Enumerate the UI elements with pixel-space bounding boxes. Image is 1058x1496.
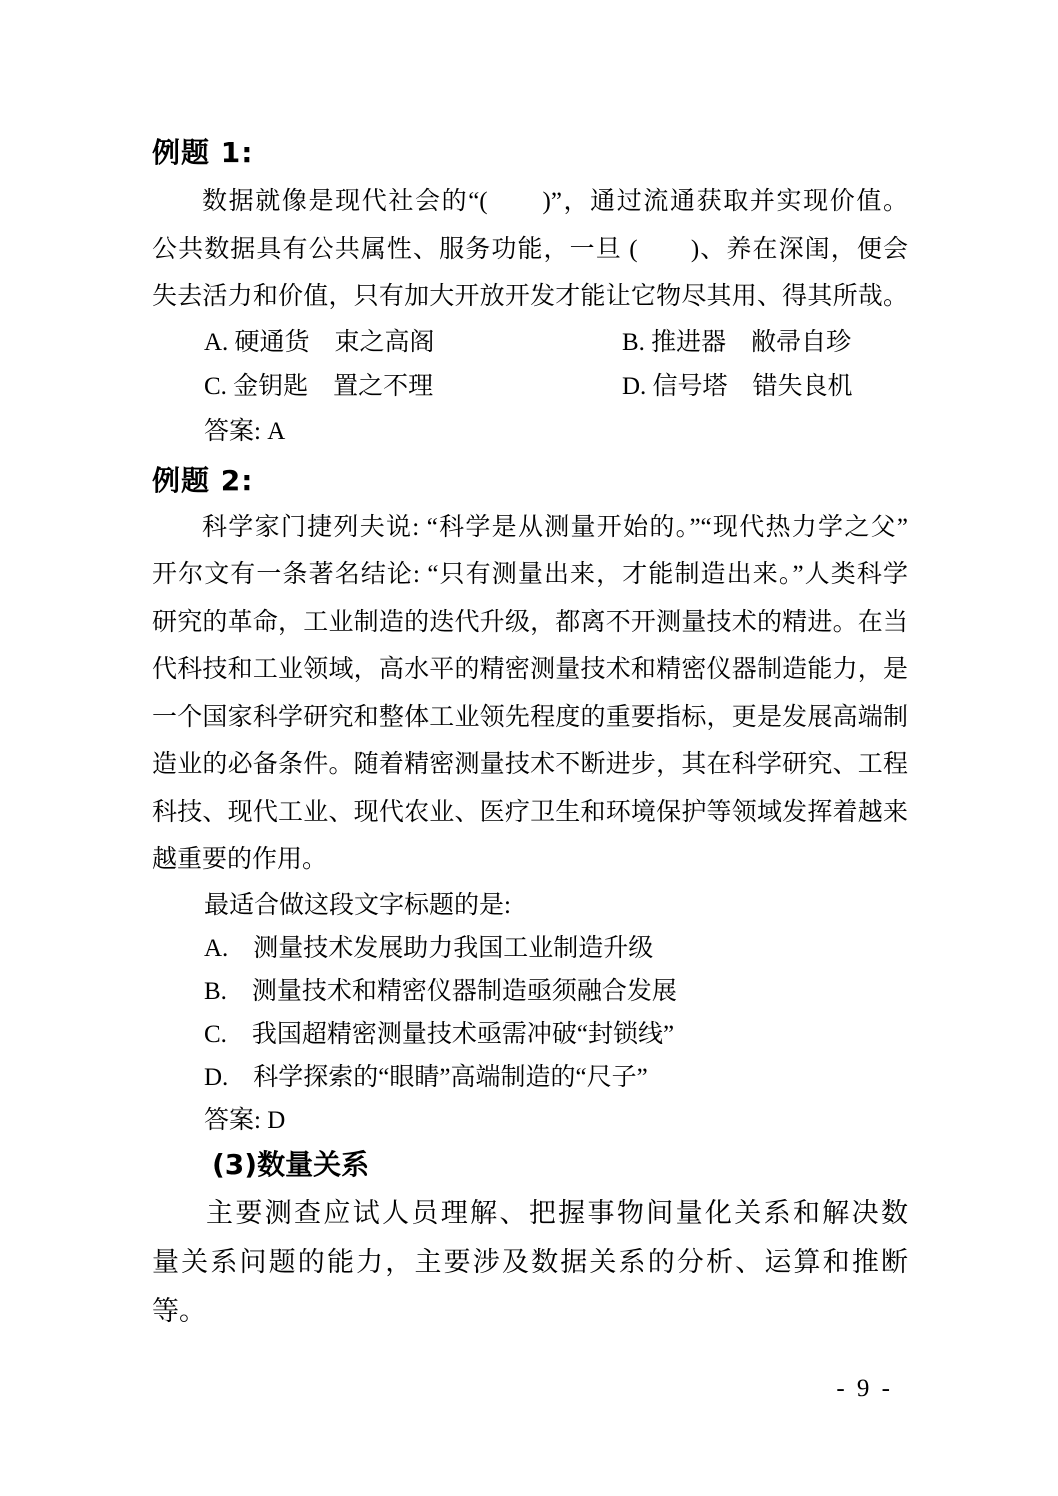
text-line: 主要测查应试人员理解、把握事物间量化关系和解决数 <box>152 1189 908 1238</box>
example-1-option-d: D. 信号塔 错失良机 <box>622 365 853 410</box>
text-line: 等。 <box>152 1287 908 1336</box>
text-line: 科技、现代工业、现代农业、医疗卫生和环境保护等领域发挥着越来 <box>152 789 908 837</box>
example-1-option-c: C. 金钥匙 置之不理 <box>204 365 433 410</box>
example-2-option-a: A. 测量技术发展助力我国工业制造升级 <box>204 927 908 970</box>
document-page: { "page_number": "- 9 -", "examples": [ … <box>0 0 1058 1496</box>
text-line: 数据就像是现代社会的“( )”，通过流通获取并实现价值。 <box>152 178 908 226</box>
example-2-option-b: B. 测量技术和精密仪器制造亟须融合发展 <box>204 970 908 1013</box>
text-line: 开尔文有一条著名结论: “只有测量出来，才能制造出来。”人类科学 <box>152 551 908 599</box>
text-line: 失去活力和价值，只有加大开放开发才能让它物尽其用、得其所哉。 <box>152 273 908 321</box>
example-2-question: 最适合做这段文字标题的是: <box>204 884 908 927</box>
example-1-options-row-1: A. 硬通货 束之高阁 B. 推进器 敝帚自珍 <box>152 321 908 366</box>
quantity-relations-paragraph: 主要测查应试人员理解、把握事物间量化关系和解决数量关系问题的能力，主要涉及数据关… <box>152 1189 908 1336</box>
text-line: 量关系问题的能力，主要涉及数据关系的分析、运算和推断 <box>152 1238 908 1287</box>
example-2-heading: 例题 2: <box>152 460 908 502</box>
text-line: 科学家门捷列夫说: “科学是从测量开始的。”“现代热力学之父” <box>152 504 908 552</box>
document-content: 例题 1: 数据就像是现代社会的“( )”，通过流通获取并实现价值。公共数据具有… <box>152 132 908 1336</box>
example-2-paragraph: 科学家门捷列夫说: “科学是从测量开始的。”“现代热力学之父”开尔文有一条著名结… <box>152 504 908 884</box>
example-1-option-b: B. 推进器 敝帚自珍 <box>622 321 851 366</box>
example-2-section: 例题 2: 科学家门捷列夫说: “科学是从测量开始的。”“现代热力学之父”开尔文… <box>152 460 908 1143</box>
example-1-paragraph: 数据就像是现代社会的“( )”，通过流通获取并实现价值。公共数据具有公共属性、服… <box>152 178 908 321</box>
example-2-option-c: C. 我国超精密测量技术亟需冲破“封锁线” <box>204 1013 908 1056</box>
quantity-relations-heading: (3)数量关系 <box>212 1143 908 1187</box>
example-1-options-row-2: C. 金钥匙 置之不理 D. 信号塔 错失良机 <box>152 365 908 410</box>
example-1-section: 例题 1: 数据就像是现代社会的“( )”，通过流通获取并实现价值。公共数据具有… <box>152 132 908 454</box>
text-line: 越重要的作用。 <box>152 836 908 884</box>
text-line: 公共数据具有公共属性、服务功能，一旦 ( )、养在深闺，便会 <box>152 226 908 274</box>
quantity-relations-section: (3)数量关系 主要测查应试人员理解、把握事物间量化关系和解决数量关系问题的能力… <box>152 1143 908 1336</box>
text-line: 代科技和工业领域，高水平的精密测量技术和精密仪器制造能力，是 <box>152 646 908 694</box>
example-1-heading: 例题 1: <box>152 132 908 174</box>
example-1-answer: 答案: A <box>204 410 908 454</box>
text-line: 研究的革命，工业制造的迭代升级，都离不开测量技术的精进。在当 <box>152 599 908 647</box>
example-1-option-a: A. 硬通货 束之高阁 <box>204 321 435 366</box>
text-line: 一个国家科学研究和整体工业领先程度的重要指标，更是发展高端制 <box>152 694 908 742</box>
example-1-options: A. 硬通货 束之高阁 B. 推进器 敝帚自珍 C. 金钥匙 置之不理 D. 信… <box>152 321 908 410</box>
page-number: - 9 - <box>836 1375 893 1403</box>
example-2-options: A. 测量技术发展助力我国工业制造升级 B. 测量技术和精密仪器制造亟须融合发展… <box>152 927 908 1099</box>
text-line: 造业的必备条件。随着精密测量技术不断进步，其在科学研究、工程 <box>152 741 908 789</box>
example-2-answer: 答案: D <box>204 1099 908 1143</box>
example-2-option-d: D. 科学探索的“眼睛”高端制造的“尺子” <box>204 1056 908 1099</box>
